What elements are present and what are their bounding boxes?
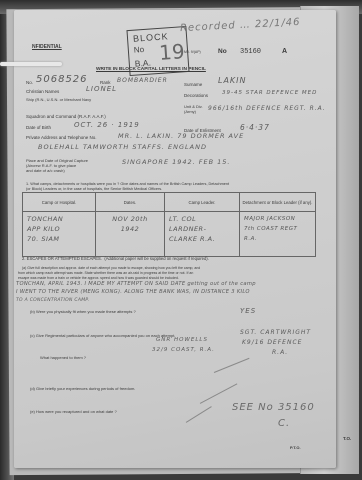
camps-table: Camp or Hospital. Dates. Camp Leader. De…: [22, 192, 316, 257]
christian-names-value: LIONEL: [86, 85, 117, 93]
cell-detachment-leader: MAJOR JACKSON 7th COAST REGT R.A.: [240, 212, 316, 257]
col-detachment-leader: Detachment or Block Leader (if any).: [240, 193, 316, 212]
section1-question-2: (or Block) Leaders or, in the case of ho…: [26, 187, 162, 191]
cell-camp-leader: LT. COL LARDNER- CLARKE R.A.: [165, 212, 240, 257]
capture-label-3: and date of a/c crash): [26, 169, 65, 174]
rank-value: BOMBARDIER: [117, 77, 168, 84]
address-line-2: BOLEHALL TAMWORTH STAFFS. ENGLAND: [38, 143, 207, 151]
cell-camp: TONCHAN APP KILO 70. SIAM: [23, 212, 96, 257]
treasury-tag: [0, 62, 62, 66]
underlying-footer: T.O.: [343, 436, 351, 441]
surname-value: LAKIN: [218, 76, 247, 85]
col-camp-or-hospital: Camp or Hospital.: [23, 193, 96, 212]
service-no-label: No.: [26, 80, 33, 85]
camp-leader-value: LT. COL LARDNER- CLARKE R.A.: [169, 214, 235, 244]
form-number: 35160: [240, 48, 261, 56]
cell-dates: NOV 20th 1942: [96, 212, 165, 257]
decorations-label: Decorations: [184, 93, 208, 98]
form-code: M.I. 9/(AP): [184, 50, 201, 54]
capture-value: SINGAPORE 1942. FEB 15.: [122, 158, 231, 166]
surname-label: Surname: [184, 82, 202, 87]
address-label: Private Address and Telephone No.: [26, 135, 96, 140]
form-series: A: [282, 48, 287, 56]
address-line-1: MR. L. LAKIN. 79 DORMER AVE: [118, 132, 244, 140]
enlistment-value: 6·4·37: [240, 123, 270, 132]
dates-value: NOV 20th 1942: [100, 214, 160, 234]
christian-names-label: Christian Names: [26, 89, 59, 94]
instruction-heading: WRITE IN BLOCK CAPITAL LETTERS IN PENCIL: [96, 67, 206, 73]
form-number-label: No: [218, 48, 227, 55]
col-dates: Dates.: [96, 193, 165, 212]
stamp-number: 19: [158, 39, 185, 65]
stamp-no: No: [134, 45, 145, 55]
unit-label: Unit & Div. (Army): [184, 105, 204, 114]
col-camp-leader: Camp Leader.: [165, 193, 240, 212]
detachment-leader-value: MAJOR JACKSON 7th COAST REGT R.A.: [244, 214, 311, 244]
dob-value: OCT. 26 · 1919: [74, 121, 140, 129]
dob-label: Date of Birth: [26, 125, 51, 130]
service-no-value: 5068526: [36, 74, 88, 85]
table-row: TONCHAN APP KILO 70. SIAM NOV 20th 1942 …: [23, 212, 316, 257]
section1-question: 1. What camps, detachments or hospitals …: [26, 182, 229, 186]
decorations-value: 39-45 STAR DEFENCE MED: [222, 90, 317, 96]
handwritten-recorded-note: Recorded … 22/1/46: [180, 17, 301, 34]
classification-label: NFIDENTIAL: [32, 45, 62, 51]
camp-value: TONCHAN APP KILO 70. SIAM: [27, 214, 91, 244]
unit-value: 966/16th DEFENCE REGT. R.A.: [208, 105, 326, 112]
squadron-label: Squadron and Command (R.A.F. A.A.F.): [26, 114, 106, 119]
ship-label: Ship (R.N., U.S.N. or Merchant Navy: [26, 98, 91, 103]
